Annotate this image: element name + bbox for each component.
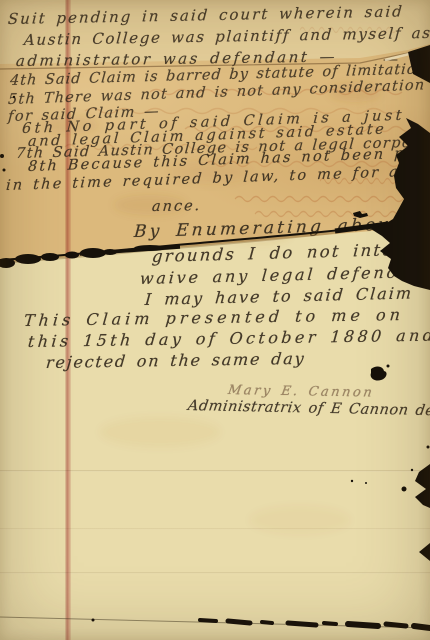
attestation-line: Administratrix of E Cannon decd <box>187 398 430 420</box>
ink-blot <box>371 365 390 381</box>
handwritten-line: this 15th day of October 1880 and <box>27 326 430 351</box>
handwritten-line: ance. <box>151 198 202 215</box>
handwritten-line: rejected on the same day <box>45 349 306 372</box>
document-scan: Suit pending in said court wherein said … <box>0 0 430 640</box>
tear-right-notch <box>419 543 430 561</box>
tear-right-small <box>402 464 430 508</box>
signature: Mary E. Cannon <box>227 383 376 401</box>
